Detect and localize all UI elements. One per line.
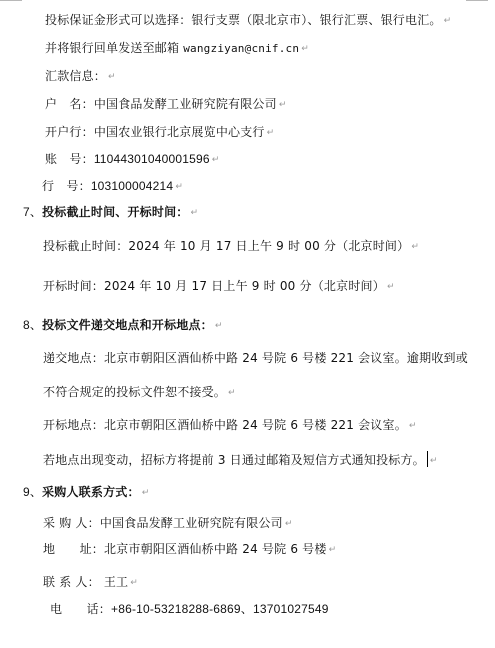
section-title: 采购人联系方式： xyxy=(42,485,140,499)
section-9-heading: 9、采购人联系方式：↵ xyxy=(23,484,149,501)
phone-row: 电 话：+86-10-53218288-6869、13701027549 xyxy=(50,601,329,617)
account-name-label: 户 名： xyxy=(45,97,94,111)
bank-label: 开户行： xyxy=(45,125,94,139)
contact-person-value: 王工 xyxy=(100,575,128,589)
bank-value: 中国农业银行北京展览中心支行 xyxy=(94,125,265,139)
bid-deadline-label: 投标截止时间： xyxy=(43,239,128,253)
address-value: 北京市朝阳区酒仙桥中路 24 号院 6 号楼 xyxy=(104,542,327,556)
paragraph-mark-icon: ↵ xyxy=(430,456,438,466)
section-title: 投标文件递交地点和开标地点： xyxy=(42,318,213,332)
late-submission-row: 不符合规定的投标文件恕不接受。↵ xyxy=(43,384,236,401)
phone-value: +86-10-53218288-6869、13701027549 xyxy=(111,602,329,616)
paragraph-mark-icon: ↵ xyxy=(279,100,287,110)
account-number-label: 账 号： xyxy=(45,152,94,166)
paragraph-mark-icon: ↵ xyxy=(108,72,116,82)
paragraph-mark-icon: ↵ xyxy=(175,182,183,192)
opening-location-value: 北京市朝阳区酒仙桥中路 24 号院 6 号楼 221 会议室。 xyxy=(104,418,407,432)
section-8-heading: 8、投标文件递交地点和开标地点：↵ xyxy=(23,317,223,334)
paragraph-mark-icon: ↵ xyxy=(301,44,309,54)
section-number: 8、 xyxy=(23,318,42,332)
paragraph-mark-icon: ↵ xyxy=(329,545,337,555)
contact-person-label: 联 系 人： xyxy=(43,575,100,589)
bid-opening-row: 开标时间：2024 年 10 月 17 日上午 9 时 00 分（北京时间）↵ xyxy=(43,278,395,295)
location-change-row: 若地点出现变动，招标方将提前 3 日通过邮箱及短信方式通知投标方。↵ xyxy=(43,451,438,469)
bond-email-address[interactable]: wangziyan@cnif.cn xyxy=(183,42,299,55)
purchaser-value: 中国食品发酵工业研究院有限公司 xyxy=(100,516,283,530)
paragraph-mark-icon: ↵ xyxy=(142,488,150,498)
late-submission-text: 不符合规定的投标文件恕不接受。 xyxy=(43,385,226,399)
section-number: 7、 xyxy=(23,205,42,219)
bond-form-text: 投标保证金形式可以选择：银行支票（限北京市）、银行汇票、银行电汇。 xyxy=(45,13,442,27)
phone-label: 电 话： xyxy=(50,602,111,616)
account-number-value: 11044301040001596 xyxy=(94,152,210,166)
paragraph-mark-icon: ↵ xyxy=(228,388,236,398)
section-title: 投标截止时间、开标时间： xyxy=(42,205,188,219)
bank-row: 开户行：中国农业银行北京展览中心支行↵ xyxy=(45,124,274,141)
bank-code-value: 103100004214 xyxy=(91,179,174,193)
section-number: 9、 xyxy=(23,485,42,499)
paragraph-mark-icon: ↵ xyxy=(215,321,223,331)
address-row: 地 址：北京市朝阳区酒仙桥中路 24 号院 6 号楼↵ xyxy=(43,541,336,558)
bond-form-paragraph: 投标保证金形式可以选择：银行支票（限北京市）、银行汇票、银行电汇。↵ xyxy=(45,12,451,29)
opening-location-label: 开标地点： xyxy=(43,418,104,432)
paragraph-mark-icon: ↵ xyxy=(190,208,198,218)
paragraph-mark-icon: ↵ xyxy=(411,242,419,252)
section-7-heading: 7、投标截止时间、开标时间：↵ xyxy=(23,204,198,221)
page-margin-corner-left xyxy=(0,0,22,1)
submission-location-label: 递交地点： xyxy=(43,351,104,365)
purchaser-row: 采 购 人：中国食品发酵工业研究院有限公司↵ xyxy=(43,515,293,532)
location-change-text: 若地点出现变动，招标方将提前 3 日通过邮箱及短信方式通知投标方。 xyxy=(43,453,425,467)
bank-code-row: 行 号：103100004214↵ xyxy=(42,178,183,195)
submission-location-value: 北京市朝阳区酒仙桥中路 24 号院 6 号楼 221 会议室。逾期收到或 xyxy=(104,351,468,365)
bank-code-label: 行 号： xyxy=(42,179,91,193)
bid-deadline-value: 2024 年 10 月 17 日上午 9 时 00 分（北京时间） xyxy=(128,239,409,253)
contact-person-row: 联 系 人： 王工↵ xyxy=(43,574,138,591)
submission-location-row: 递交地点：北京市朝阳区酒仙桥中路 24 号院 6 号楼 221 会议室。逾期收到… xyxy=(43,350,468,366)
paragraph-mark-icon: ↵ xyxy=(387,282,395,292)
account-number-row: 账 号：11044301040001596↵ xyxy=(45,151,220,168)
bid-deadline-row: 投标截止时间：2024 年 10 月 17 日上午 9 时 00 分（北京时间）… xyxy=(43,238,419,255)
bond-email-paragraph: 并将银行回单发送至邮箱 wangziyan@cnif.cn↵ xyxy=(45,40,309,57)
account-name-value: 中国食品发酵工业研究院有限公司 xyxy=(94,97,277,111)
remit-info-label: 汇款信息： xyxy=(45,69,106,83)
remit-info-heading: 汇款信息：↵ xyxy=(45,68,116,85)
purchaser-label: 采 购 人： xyxy=(43,516,100,530)
page-margin-corner-right xyxy=(466,0,488,1)
paragraph-mark-icon: ↵ xyxy=(212,155,220,165)
bond-email-prefix: 并将银行回单发送至邮箱 xyxy=(45,41,183,55)
bid-opening-value: 2024 年 10 月 17 日上午 9 时 00 分（北京时间） xyxy=(104,279,385,293)
account-name-row: 户 名：中国食品发酵工业研究院有限公司↵ xyxy=(45,96,287,113)
paragraph-mark-icon: ↵ xyxy=(444,16,452,26)
address-label: 地 址： xyxy=(43,542,104,556)
bid-opening-label: 开标时间： xyxy=(43,279,104,293)
opening-location-row: 开标地点：北京市朝阳区酒仙桥中路 24 号院 6 号楼 221 会议室。↵ xyxy=(43,417,417,434)
text-cursor xyxy=(427,451,428,467)
paragraph-mark-icon: ↵ xyxy=(409,421,417,431)
paragraph-mark-icon: ↵ xyxy=(267,128,275,138)
paragraph-mark-icon: ↵ xyxy=(130,578,138,588)
paragraph-mark-icon: ↵ xyxy=(285,519,293,529)
